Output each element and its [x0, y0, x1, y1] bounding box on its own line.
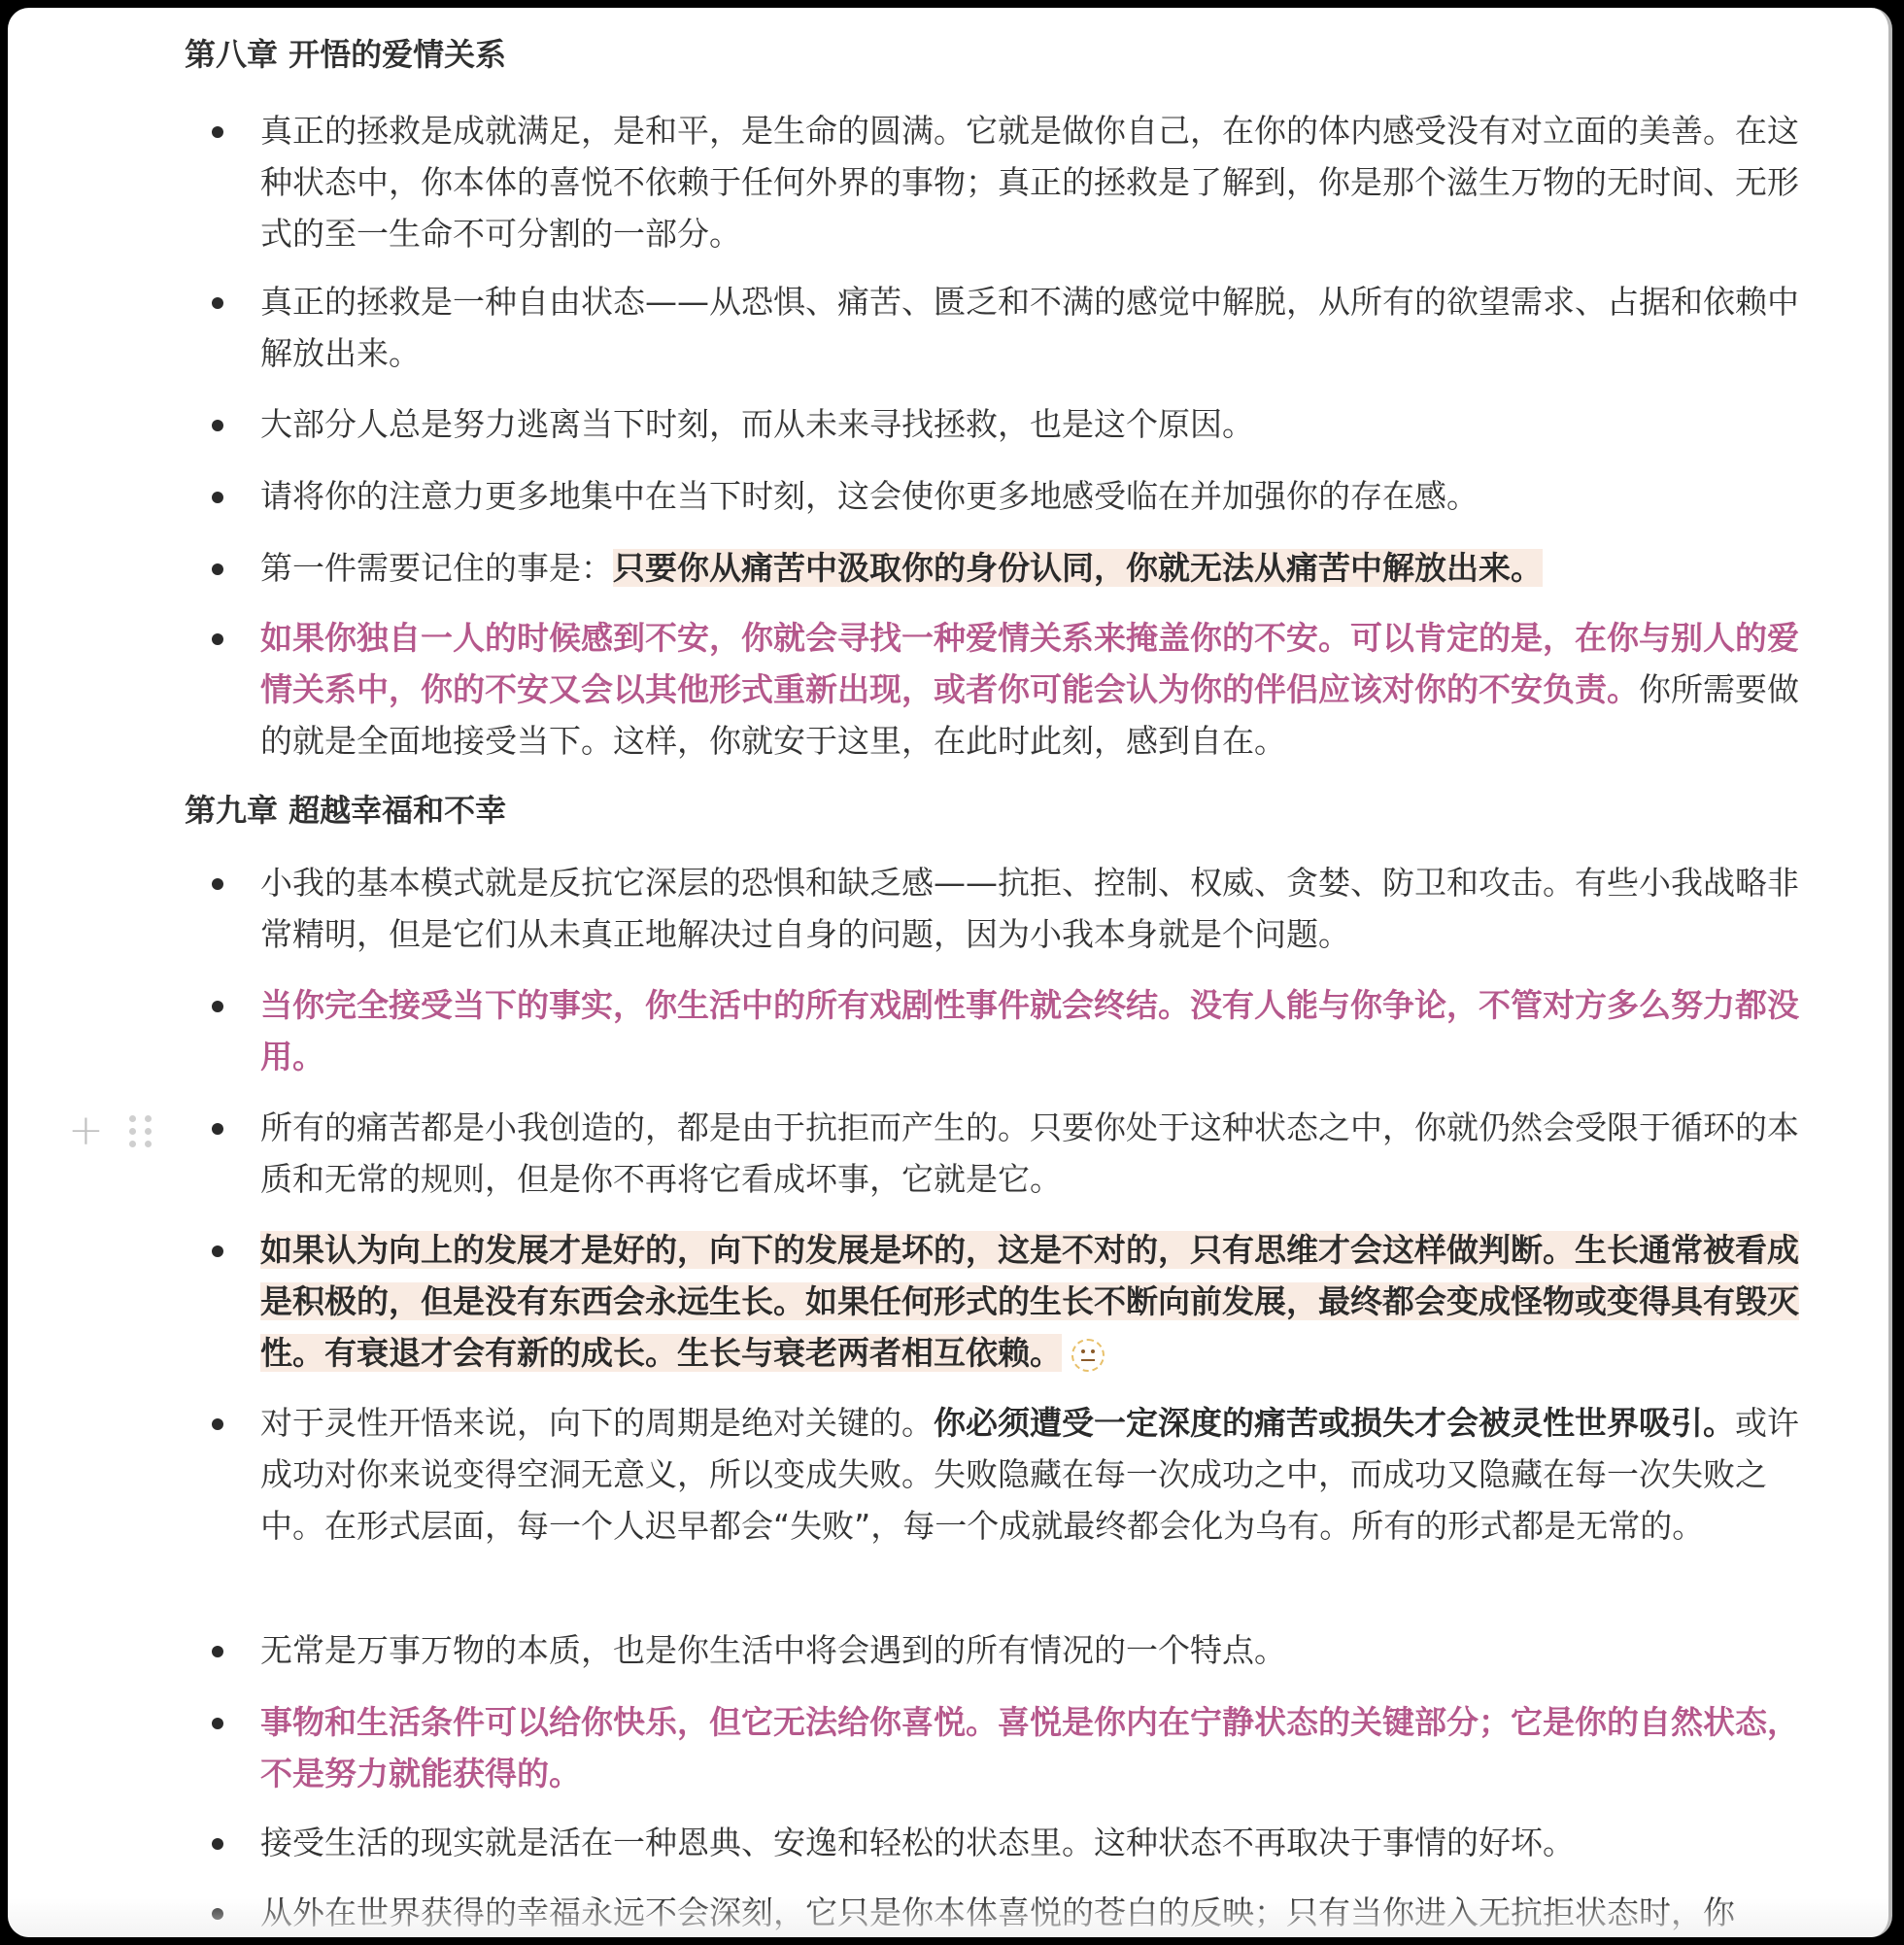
bullet-icon — [212, 1838, 223, 1850]
bullet-icon — [212, 1001, 223, 1012]
chapter-9-heading: 第九章 超越幸福和不幸 — [185, 791, 506, 830]
list-item[interactable]: 事物和生活条件可以给你快乐，但它无法给你喜悦。喜悦是你内在宁静状态的关键部分；它… — [212, 1696, 1811, 1799]
bold-text: 你必须遭受一定深度的痛苦或损失才会被灵性世界吸引。 — [934, 1404, 1735, 1442]
chapter-8-heading: 第八章 开悟的爱情关系 — [185, 35, 506, 74]
bullet-icon — [212, 1245, 223, 1257]
list-item[interactable]: 第一件需要记住的事是：只要你从痛苦中汲取你的身份认同，你就无法从痛苦中解放出来。 — [212, 542, 1811, 594]
list-item[interactable]: 所有的痛苦都是小我创造的，都是由于抗拒而产生的。只要你处于这种状态之中，你就仍然… — [212, 1102, 1811, 1205]
list-item[interactable]: 如果认为向上的发展才是好的，向下的发展是坏的，这是不对的，只有思维才会这样做判断… — [212, 1224, 1811, 1379]
drag-handle-icon[interactable] — [129, 1115, 153, 1147]
add-block-icon[interactable]: + — [68, 1111, 104, 1150]
bullet-icon — [212, 1718, 223, 1729]
document-window: 第八章 开悟的爱情关系 真正的拯救是成就满足，是和平，是生命的圆满。它就是做你自… — [8, 8, 1892, 1937]
pink-emphasis-text: 如果你独自一人的时候感到不安，你就会寻找一种爱情关系来掩盖你的不安。可以肯定的是… — [260, 619, 1799, 708]
list-item[interactable]: 对于灵性开悟来说，向下的周期是绝对关键的。你必须遭受一定深度的痛苦或损失才会被灵… — [212, 1397, 1811, 1552]
bullet-icon — [212, 297, 223, 309]
list-item[interactable]: 真正的拯救是成就满足，是和平，是生命的圆满。它就是做你自己，在你的体内感受没有对… — [212, 105, 1811, 259]
list-item[interactable]: 大部分人总是努力逃离当下时刻，而从未来寻找拯救，也是这个原因。 — [212, 398, 1811, 450]
list-item[interactable]: 真正的拯救是一种自由状态——从恐惧、痛苦、匮乏和不满的感觉中解脱，从所有的欲望需… — [212, 276, 1811, 379]
bullet-icon — [212, 633, 223, 645]
bullet-icon — [212, 1123, 223, 1135]
list-item[interactable]: 小我的基本模式就是反抗它深层的恐惧和缺乏感——抗拒、控制、权威、贪婪、防卫和攻击… — [212, 857, 1811, 960]
neutral-face-icon — [1071, 1339, 1105, 1372]
block-handles: + — [68, 1111, 153, 1150]
bullet-icon — [212, 1646, 223, 1657]
bullet-icon — [212, 420, 223, 431]
bullet-icon — [212, 1418, 223, 1430]
bullet-icon — [212, 563, 223, 575]
highlighted-text: 如果认为向上的发展才是好的，向下的发展是坏的，这是不对的，只有思维才会这样做判断… — [260, 1231, 1799, 1372]
bullet-icon — [212, 492, 223, 503]
list-item[interactable]: 当你完全接受当下的事实，你生活中的所有戏剧性事件就会终结。没有人能与你争论，不管… — [212, 979, 1811, 1082]
list-item[interactable]: 无常是万事万物的本质，也是你生活中将会遇到的所有情况的一个特点。 — [212, 1624, 1811, 1676]
highlighted-text: 只要你从痛苦中汲取你的身份认同，你就无法从痛苦中解放出来。 — [613, 549, 1543, 587]
list-item[interactable]: 如果你独自一人的时候感到不安，你就会寻找一种爱情关系来掩盖你的不安。可以肯定的是… — [212, 612, 1811, 767]
list-item[interactable]: 请将你的注意力更多地集中在当下时刻，这会使你更多地感受临在并加强你的存在感。 — [212, 470, 1811, 522]
bottom-fade — [8, 1898, 1888, 1937]
list-item[interactable]: 接受生活的现实就是活在一种恩典、安逸和轻松的状态里。这种状态不再取决于事情的好坏… — [212, 1817, 1811, 1868]
bullet-icon — [212, 126, 223, 138]
bullet-icon — [212, 878, 223, 890]
